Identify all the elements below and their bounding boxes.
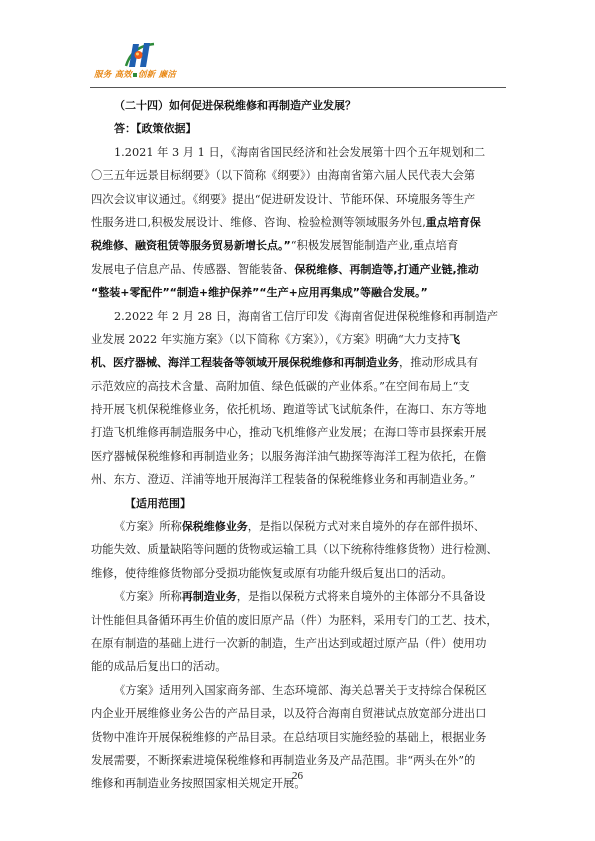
bold-text: 保税维修、再制造等,打通产业链,推动 — [294, 263, 478, 276]
logo-emblem-icon — [124, 40, 156, 70]
paragraph-line: 四次会议审议通过。《纲要》提出“促进研发设计、节能环保、环境服务等生产 — [91, 188, 505, 211]
bold-text: 税维修、融资租赁等服务贸易新增长点。” — [91, 239, 291, 252]
paragraph-line: 持开展飞机保税维修业务，依托机场、跑道等试飞试航条件，在海口、东方等地 — [91, 398, 505, 421]
logo-slogan: 服务 高效创新 廉洁 — [94, 68, 176, 80]
paragraph-line: “整装+零配件”“制造+维护保养”“生产+应用再集成”等融合发展。” — [91, 281, 505, 304]
text-span: ，是指以保税方式对来自境外的存在部件损坏、 — [248, 520, 485, 533]
header-divider — [90, 87, 506, 88]
paragraph-line: 货物中准许开展保税维修的产品目录。在总结项目实施经验的基础上，根据业务 — [91, 726, 505, 749]
paragraph-line: 打造飞机维修再制造服务中心，推动飞机维修产业发展；在海口等市县探索开展 — [91, 421, 505, 444]
section-heading-scope: 【适用范围】 — [91, 492, 505, 515]
paragraph-line: 《方案》适用列入国家商务部、生态环境部、海关总署关于支持综合保税区 — [91, 679, 505, 702]
bold-text: 再制造业务 — [182, 590, 237, 603]
paragraph-line: 业发展 2022 年实施方案》（以下简称《方案》），《方案》明确“大力支持飞 — [91, 328, 505, 351]
logo: 服务 高效创新 廉洁 — [94, 40, 184, 82]
paragraph-line: 《方案》所称保税维修业务，是指以保税方式对来自境外的存在部件损坏、 — [91, 515, 505, 538]
paragraph-line: 能的成品后复出口的活动。 — [91, 655, 505, 678]
paragraph-line: 在原有制造的基础上进行一次新的制造，生产出达到或超过原产品（件）使用功 — [91, 632, 505, 655]
slogan-efficiency: 高效 — [115, 70, 132, 80]
document-body: （二十四）如何促进保税维修和再制造产业发展？ 答：【政策依据】 1.2021 年… — [91, 94, 505, 796]
bold-text: “整装+零配件”“制造+维护保养”“生产+应用再集成”等融合发展。” — [91, 286, 428, 299]
paragraph-line: 《方案》所称再制造业务，是指以保税方式将来自境外的主体部分不具备设 — [91, 585, 505, 608]
paragraph-line: 性服务进口,积极发展设计、维修、咨询、检验检测等领域服务外包,重点培育保 — [91, 211, 505, 234]
text-span: 《方案》所称 — [114, 520, 182, 533]
paragraph-line: 1.2021 年 3 月 1 日，《海南省国民经济和社会发展第十四个五年规划和二 — [91, 141, 505, 164]
paragraph-line: 〇三五年远景目标纲要》（以下简称《纲要》）由海南省第六届人民代表大会第 — [91, 164, 505, 187]
text-span: 业发展 2022 年实施方案》（以下简称《方案》），《方案》明确“大力支持 — [91, 333, 449, 346]
paragraph-line: 税维修、融资租赁等服务贸易新增长点。”“积极发展智能制造产业,重点培育 — [91, 234, 505, 257]
question-title: （二十四）如何促进保税维修和再制造产业发展？ — [91, 94, 505, 117]
paragraph-line: 内企业开展维修业务公告的产品目录，以及符合海南自贸港试点放宽部分进出口 — [91, 702, 505, 725]
bold-text: 重点培育保 — [426, 216, 481, 229]
text-span: ，是指以保税方式将来自境外的主体部分不具备设 — [237, 590, 486, 603]
answer-label: 答：【政策依据】 — [91, 117, 505, 140]
paragraph-line: 计性能但具备循环再生价值的废旧原产品（件）为胚料，采用专门的工艺、技术， — [91, 609, 505, 632]
bold-text: 飞 — [449, 333, 460, 346]
paragraph-line: 功能失效、质量缺陷等问题的货物或运输工具（以下统称待维修货物）进行检测、 — [91, 538, 505, 561]
text-span: 发展电子信息产品、传感器、智能装备、 — [91, 263, 294, 276]
text-span: 《方案》所称 — [114, 590, 182, 603]
slogan-service: 服务 — [94, 70, 111, 80]
text-span: “积极发展智能制造产业,重点培育 — [291, 239, 459, 252]
text-span: ，推动形成具有 — [399, 356, 478, 369]
paragraph-line: 医疗器械保税维修和再制造业务；以服务海洋油气勘探等海洋工程为依托，在儋 — [91, 445, 505, 468]
paragraph-line: 发展需要，不断探索进境保税维修和再制造业务及产品范围。非“两头在外”的 — [91, 749, 505, 772]
paragraph-line: 机、医疗器械、海洋工程装备等领域开展保税维修和再制造业务，推动形成具有 — [91, 351, 505, 374]
bold-text: 保税维修业务 — [182, 520, 248, 533]
page-number: 26 — [0, 770, 595, 782]
paragraph-line: 发展电子信息产品、传感器、智能装备、保税维修、再制造等,打通产业链,推动 — [91, 258, 505, 281]
slogan-innovation: 创新 — [138, 70, 155, 80]
bold-text: 机、医疗器械、海洋工程装备等领域开展保税维修和再制造业务 — [91, 356, 399, 369]
paragraph-line: 2.2022 年 2 月 28 日，海南省工信厅印发《海南省促进保税维修和再制造… — [91, 305, 505, 328]
paragraph-line: 维修，使待维修货物部分受损功能恢复或原有功能升级后复出口的活动。 — [91, 562, 505, 585]
slogan-integrity: 廉洁 — [159, 70, 176, 80]
text-span: 性服务进口,积极发展设计、维修、咨询、检验检测等领域服务外包, — [91, 216, 426, 229]
slogan-dot-icon — [133, 73, 137, 77]
paragraph-line: 州、东方、澄迈、洋浦等地开展海洋工程装备的保税维修业务和再制造业务。” — [91, 468, 505, 491]
paragraph-line: 示范效应的高技术含量、高附加值、绿色低碳的产业体系。”在空间布局上“支 — [91, 375, 505, 398]
